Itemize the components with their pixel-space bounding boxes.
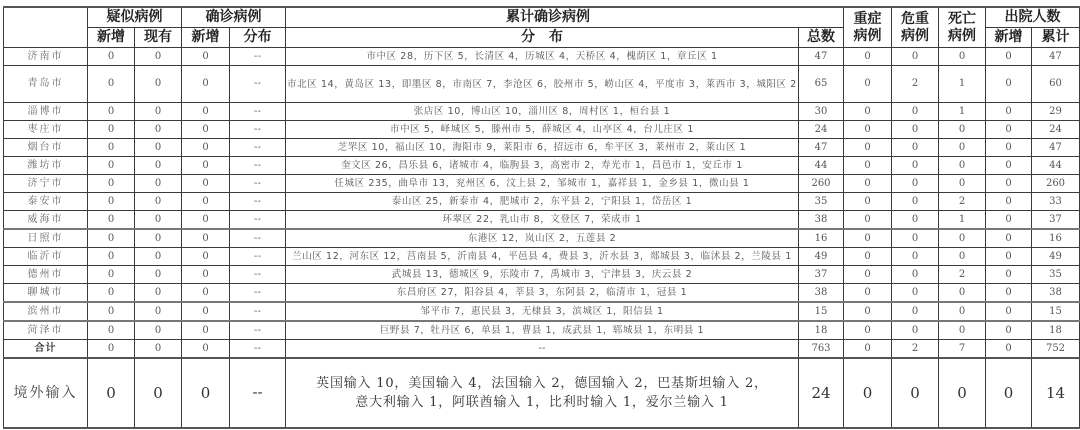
imported-distribution-line2: 意大利输入 1，阿联酋输入 1，比利时输入 1，爱尔兰输入 1 [355,395,728,410]
cumulative-distribution: 巨野县 7，牡丹区 6，单县 1，曹县 1，成武县 1，郓城县 1，东明县 1 [286,321,799,340]
imported-suspected-new: 0 [88,358,135,428]
confirmed-distribution: -- [230,121,286,139]
header-suspected-new: 新增 [88,28,135,48]
severe-cases: 0 [844,157,892,175]
cumulative-distribution: 奎文区 26，昌乐县 6，诸城市 4，临朐县 3，高密市 2，寿光市 1，昌邑市… [286,157,799,175]
table-row: 枣庄市000--市中区 5，峄城区 5，滕州市 5，薛城区 4，山亭区 4，台儿… [4,121,1080,139]
header-severe-line1: 重症 [854,11,882,27]
header-suspected: 疑似病例 [88,7,182,28]
imported-discharged-cumulative: 14 [1032,358,1080,428]
imported-confirmed-new: 0 [182,358,230,428]
cumulative-distribution: 市北区 14，黄岛区 13，即墨区 8，市南区 7，李沧区 6，胶州市 5，崂山… [286,66,799,103]
severe-cases: 0 [844,139,892,157]
imported-distribution-line1: 英国输入 10，美国输入 4，法国输入 2，德国输入 2，巴基斯坦输入 2， [316,376,768,391]
critical-cases: 0 [892,48,939,66]
severe-cases: 0 [844,248,892,266]
header-confirmed: 确诊病例 [182,7,286,28]
death-cases: 0 [939,321,986,340]
table-row: 济宁市000--任城区 235，曲阜市 13，兖州区 6，汶上县 2，邹城市 1… [4,175,1080,193]
suspected-existing: 0 [135,48,182,66]
total-cumulative-distribution: -- [286,340,799,359]
header-critical-line2: 病例 [901,28,929,44]
city-name: 泰安市 [4,193,88,211]
suspected-existing: 0 [135,248,182,266]
table-row: 德州市000--武城县 13，德城区 9，乐陵市 7，禹城市 3，宁津县 3，庆… [4,266,1080,284]
header-death-line2: 病例 [948,28,976,44]
suspected-new: 0 [88,139,135,157]
discharged-cumulative: 38 [1032,284,1080,303]
suspected-new: 0 [88,211,135,230]
critical-cases: 0 [892,229,939,248]
total-discharged-cumulative: 752 [1032,340,1080,359]
death-cases: 0 [939,175,986,193]
critical-cases: 0 [892,139,939,157]
discharged-new: 0 [986,175,1032,193]
cumulative-total: 18 [799,321,844,340]
total-confirmed-new: 0 [182,340,230,359]
cumulative-distribution: 东港区 12，岚山区 2，五莲县 2 [286,229,799,248]
discharged-cumulative: 49 [1032,248,1080,266]
header-cumulative-total: 总数 [799,28,844,48]
critical-cases: 0 [892,266,939,284]
critical-cases: 0 [892,302,939,321]
cumulative-total: 15 [799,302,844,321]
suspected-new: 0 [88,103,135,121]
death-cases: 0 [939,121,986,139]
city-name: 烟台市 [4,139,88,157]
header-confirmed-distribution: 分布 [230,28,286,48]
suspected-new: 0 [88,157,135,175]
suspected-new: 0 [88,284,135,303]
severe-cases: 0 [844,321,892,340]
city-name: 青岛市 [4,66,88,103]
death-cases: 0 [939,229,986,248]
discharged-cumulative: 29 [1032,103,1080,121]
header-discharged-cumulative: 累计 [1032,28,1080,48]
discharged-new: 0 [986,284,1032,303]
confirmed-distribution: -- [230,193,286,211]
table-row: 淄博市000--张店区 10，博山区 10，淄川区 8，周村区 1，桓台县 13… [4,103,1080,121]
discharged-cumulative: 37 [1032,211,1080,230]
death-cases: 1 [939,103,986,121]
city-name: 日照市 [4,229,88,248]
suspected-new: 0 [88,193,135,211]
table-row: 泰安市000--泰山区 25，新泰市 4，肥城市 2，东平县 2，宁阳县 1，岱… [4,193,1080,211]
suspected-new: 0 [88,175,135,193]
confirmed-new: 0 [182,302,230,321]
confirmed-distribution: -- [230,211,286,230]
city-name: 聊城市 [4,284,88,303]
death-cases: 1 [939,211,986,230]
confirmed-new: 0 [182,139,230,157]
suspected-new: 0 [88,302,135,321]
suspected-existing: 0 [135,157,182,175]
discharged-cumulative: 260 [1032,175,1080,193]
suspected-existing: 0 [135,103,182,121]
covid-statistics-table: 疑似病例 确诊病例 累计确诊病例 重症病例 危重病例 死亡病例 出院人数 新增 … [3,6,1080,429]
discharged-new: 0 [986,266,1032,284]
header-severe-line2: 病例 [854,28,882,44]
severe-cases: 0 [844,48,892,66]
city-name: 临沂市 [4,248,88,266]
severe-cases: 0 [844,103,892,121]
header-critical: 危重病例 [892,7,939,48]
table-row: 滨州市000--邹平市 7，惠民县 3，无棣县 3，滨城区 1，阳信县 1150… [4,302,1080,321]
table-row: 潍坊市000--奎文区 26，昌乐县 6，诸城市 4，临朐县 3，高密市 2，寿… [4,157,1080,175]
suspected-new: 0 [88,66,135,103]
critical-cases: 0 [892,157,939,175]
severe-cases: 0 [844,211,892,230]
header-suspected-existing: 现有 [135,28,182,48]
confirmed-new: 0 [182,321,230,340]
critical-cases: 0 [892,103,939,121]
severe-cases: 0 [844,193,892,211]
total-discharged-new: 0 [986,340,1032,359]
death-cases: 1 [939,66,986,103]
cumulative-distribution: 邹平市 7，惠民县 3，无棣县 3，滨城区 1，阳信县 1 [286,302,799,321]
city-name: 济宁市 [4,175,88,193]
confirmed-new: 0 [182,157,230,175]
suspected-existing: 0 [135,229,182,248]
death-cases: 0 [939,248,986,266]
death-cases: 2 [939,266,986,284]
discharged-new: 0 [986,229,1032,248]
severe-cases: 0 [844,229,892,248]
suspected-existing: 0 [135,139,182,157]
cumulative-distribution: 市中区 28，历下区 5，长清区 4，历城区 4，天桥区 4，槐荫区 1，章丘区… [286,48,799,66]
death-cases: 0 [939,284,986,303]
table-footer: 合计 0 0 0 -- -- 763 0 2 7 0 752 境外输入 0 0 … [4,340,1080,429]
imported-cases-row: 境外输入 0 0 0 -- 英国输入 10，美国输入 4，法国输入 2，德国输入… [4,358,1080,428]
severe-cases: 0 [844,121,892,139]
confirmed-new: 0 [182,248,230,266]
discharged-cumulative: 33 [1032,193,1080,211]
header-discharged-new: 新增 [986,28,1032,48]
table-row: 威海市000--环翠区 22，乳山市 8，文登区 7，荣成市 138001037 [4,211,1080,230]
imported-death: 0 [939,358,986,428]
discharged-cumulative: 44 [1032,157,1080,175]
death-cases: 2 [939,193,986,211]
city-name: 菏泽市 [4,321,88,340]
header-blank-cell [4,7,88,48]
critical-cases: 2 [892,66,939,103]
imported-severe: 0 [844,358,892,428]
confirmed-distribution: -- [230,175,286,193]
discharged-new: 0 [986,302,1032,321]
cumulative-total: 38 [799,211,844,230]
city-name: 枣庄市 [4,121,88,139]
city-name: 潍坊市 [4,157,88,175]
header-severe: 重症病例 [844,7,892,48]
discharged-new: 0 [986,211,1032,230]
cumulative-distribution: 东昌府区 27，阳谷县 4，莘县 3，东阿县 2，临清市 1，冠县 1 [286,284,799,303]
discharged-cumulative: 16 [1032,229,1080,248]
discharged-new: 0 [986,157,1032,175]
confirmed-new: 0 [182,229,230,248]
header-confirmed-new: 新增 [182,28,230,48]
total-label: 合计 [4,340,88,359]
confirmed-distribution: -- [230,103,286,121]
table-row: 日照市000--东港区 12，岚山区 2，五莲县 216000016 [4,229,1080,248]
suspected-new: 0 [88,229,135,248]
imported-label: 境外输入 [4,358,88,428]
confirmed-distribution: -- [230,302,286,321]
confirmed-new: 0 [182,66,230,103]
confirmed-new: 0 [182,48,230,66]
header-discharged: 出院人数 [986,7,1080,28]
discharged-cumulative: 15 [1032,302,1080,321]
confirmed-new: 0 [182,175,230,193]
cumulative-total: 65 [799,66,844,103]
death-cases: 0 [939,157,986,175]
total-death: 7 [939,340,986,359]
suspected-existing: 0 [135,284,182,303]
severe-cases: 0 [844,284,892,303]
confirmed-new: 0 [182,103,230,121]
confirmed-new: 0 [182,266,230,284]
cumulative-total: 37 [799,266,844,284]
suspected-new: 0 [88,48,135,66]
suspected-existing: 0 [135,175,182,193]
confirmed-distribution: -- [230,229,286,248]
suspected-existing: 0 [135,66,182,103]
cumulative-distribution: 环翠区 22，乳山市 8，文登区 7，荣成市 1 [286,211,799,230]
confirmed-new: 0 [182,211,230,230]
discharged-cumulative: 47 [1032,48,1080,66]
cumulative-distribution: 泰山区 25，新泰市 4，肥城市 2，东平县 2，宁阳县 1，岱岳区 1 [286,193,799,211]
discharged-cumulative: 47 [1032,139,1080,157]
suspected-new: 0 [88,321,135,340]
confirmed-distribution: -- [230,266,286,284]
header-death: 死亡病例 [939,7,986,48]
severe-cases: 0 [844,302,892,321]
suspected-new: 0 [88,266,135,284]
covid-stats-page: 疑似病例 确诊病例 累计确诊病例 重症病例 危重病例 死亡病例 出院人数 新增 … [0,0,1080,430]
cumulative-total: 38 [799,284,844,303]
severe-cases: 0 [844,66,892,103]
total-suspected-existing: 0 [135,340,182,359]
header-cumulative: 累计确诊病例 [286,7,844,28]
suspected-new: 0 [88,121,135,139]
confirmed-new: 0 [182,193,230,211]
imported-cumulative-total: 24 [799,358,844,428]
discharged-cumulative: 24 [1032,121,1080,139]
confirmed-distribution: -- [230,66,286,103]
confirmed-new: 0 [182,284,230,303]
cumulative-total: 35 [799,193,844,211]
suspected-existing: 0 [135,266,182,284]
total-critical: 2 [892,340,939,359]
total-confirmed-distribution: -- [230,340,286,359]
critical-cases: 0 [892,211,939,230]
cumulative-total: 44 [799,157,844,175]
header-death-line1: 死亡 [948,11,976,27]
table-row: 菏泽市000--巨野县 7，牡丹区 6，单县 1，曹县 1，成武县 1，郓城县 … [4,321,1080,340]
cumulative-distribution: 张店区 10，博山区 10，淄川区 8，周村区 1，桓台县 1 [286,103,799,121]
discharged-cumulative: 60 [1032,66,1080,103]
imported-discharged-new: 0 [986,358,1032,428]
discharged-cumulative: 35 [1032,266,1080,284]
confirmed-distribution: -- [230,48,286,66]
imported-cumulative-distribution: 英国输入 10，美国输入 4，法国输入 2，德国输入 2，巴基斯坦输入 2，意大… [286,358,799,428]
discharged-new: 0 [986,103,1032,121]
critical-cases: 0 [892,121,939,139]
table-row: 青岛市000--市北区 14，黄岛区 13，即墨区 8，市南区 7，李沧区 6，… [4,66,1080,103]
confirmed-distribution: -- [230,321,286,340]
discharged-new: 0 [986,248,1032,266]
suspected-existing: 0 [135,193,182,211]
confirmed-distribution: -- [230,139,286,157]
severe-cases: 0 [844,266,892,284]
critical-cases: 0 [892,193,939,211]
imported-confirmed-distribution: -- [230,358,286,428]
cumulative-total: 49 [799,248,844,266]
cumulative-distribution: 武城县 13，德城区 9，乐陵市 7，禹城市 3，宁津县 3，庆云县 2 [286,266,799,284]
discharged-new: 0 [986,66,1032,103]
imported-suspected-existing: 0 [135,358,182,428]
critical-cases: 0 [892,248,939,266]
confirmed-distribution: -- [230,248,286,266]
cumulative-distribution: 任城区 235，曲阜市 13，兖州区 6，汶上县 2，邹城市 1，嘉祥县 1，金… [286,175,799,193]
total-severe: 0 [844,340,892,359]
confirmed-distribution: -- [230,157,286,175]
city-name: 滨州市 [4,302,88,321]
cumulative-distribution: 芝罘区 10，福山区 10，海阳市 9，莱阳市 6，招远市 6，牟平区 3，莱州… [286,139,799,157]
death-cases: 0 [939,302,986,321]
city-name: 威海市 [4,211,88,230]
cumulative-distribution: 兰山区 12，河东区 12，莒南县 5，沂南县 4，平邑县 4，费县 3，沂水县… [286,248,799,266]
city-name: 淄博市 [4,103,88,121]
total-row: 合计 0 0 0 -- -- 763 0 2 7 0 752 [4,340,1080,359]
death-cases: 0 [939,48,986,66]
cumulative-total: 30 [799,103,844,121]
cumulative-total: 47 [799,48,844,66]
table-body: 济南市000--市中区 28，历下区 5，长清区 4，历城区 4，天桥区 4，槐… [4,48,1080,340]
table-row: 烟台市000--芝罘区 10，福山区 10，海阳市 9，莱阳市 6，招远市 6，… [4,139,1080,157]
cumulative-distribution: 市中区 5，峄城区 5，滕州市 5，薛城区 4，山亭区 4，台儿庄区 1 [286,121,799,139]
discharged-new: 0 [986,139,1032,157]
header-row-1: 疑似病例 确诊病例 累计确诊病例 重症病例 危重病例 死亡病例 出院人数 [4,7,1080,28]
cumulative-total: 47 [799,139,844,157]
suspected-existing: 0 [135,302,182,321]
city-name: 德州市 [4,266,88,284]
cumulative-total: 260 [799,175,844,193]
discharged-new: 0 [986,193,1032,211]
suspected-existing: 0 [135,321,182,340]
table-row: 聊城市000--东昌府区 27，阳谷县 4，莘县 3，东阿县 2，临清市 1，冠… [4,284,1080,303]
discharged-new: 0 [986,121,1032,139]
discharged-new: 0 [986,48,1032,66]
total-cumulative-total: 763 [799,340,844,359]
suspected-existing: 0 [135,211,182,230]
city-name: 济南市 [4,48,88,66]
table-row: 济南市000--市中区 28，历下区 5，长清区 4，历城区 4，天桥区 4，槐… [4,48,1080,66]
suspected-new: 0 [88,248,135,266]
table-row: 临沂市000--兰山区 12，河东区 12，莒南县 5，沂南县 4，平邑县 4，… [4,248,1080,266]
table-header: 疑似病例 确诊病例 累计确诊病例 重症病例 危重病例 死亡病例 出院人数 新增 … [4,7,1080,48]
imported-critical: 0 [892,358,939,428]
total-suspected-new: 0 [88,340,135,359]
critical-cases: 0 [892,321,939,340]
death-cases: 0 [939,139,986,157]
cumulative-total: 16 [799,229,844,248]
cumulative-total: 24 [799,121,844,139]
suspected-existing: 0 [135,121,182,139]
discharged-cumulative: 18 [1032,321,1080,340]
severe-cases: 0 [844,175,892,193]
confirmed-distribution: -- [230,284,286,303]
discharged-new: 0 [986,321,1032,340]
critical-cases: 0 [892,284,939,303]
header-critical-line1: 危重 [901,11,929,27]
header-cumulative-distribution: 分 布 [286,28,799,48]
confirmed-new: 0 [182,121,230,139]
critical-cases: 0 [892,175,939,193]
